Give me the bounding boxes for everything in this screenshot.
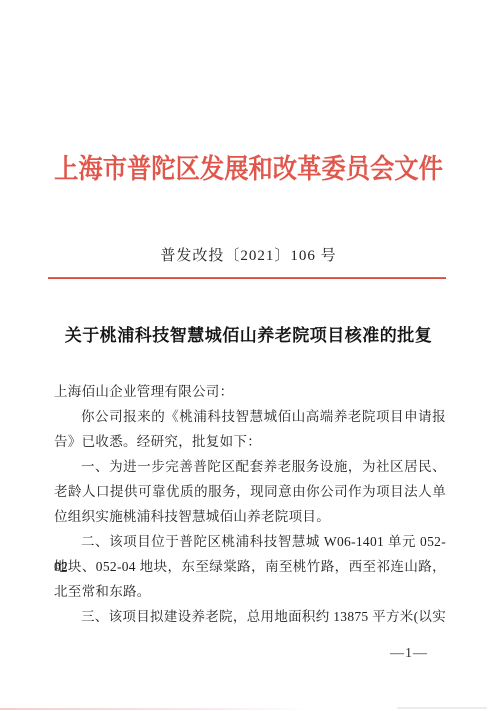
body-line-item-one: 一、为进一步完善普陀区配套养老服务设施，为社区居民、 bbox=[54, 454, 446, 479]
page-number: —1— bbox=[390, 646, 428, 662]
body-line: 地块、052-04 地块，东至绿棠路，南至桃竹路，西至祁连山路， bbox=[54, 554, 446, 579]
red-divider-rule bbox=[48, 277, 446, 279]
official-document-page: 上海市普陀区发展和改革委员会文件 普发改投〔2021〕106 号 关于桃浦科技智… bbox=[0, 0, 497, 711]
body-line: 你公司报来的《桃浦科技智慧城佰山高端养老院项目申请报 bbox=[54, 404, 446, 429]
document-number: 普发改投〔2021〕106 号 bbox=[0, 246, 497, 266]
body-line: 告》已收悉。经研究，批复如下： bbox=[54, 429, 446, 454]
body-line: 老龄人口提供可靠优质的服务，现同意由你公司作为项目法人单 bbox=[54, 479, 446, 504]
body-line-item-two: 二、该项目位于普陀区桃浦科技智慧城 W06-1401 单元 052-02 bbox=[54, 529, 446, 554]
body-line: 位组织实施桃浦科技智慧城佰山养老院项目。 bbox=[54, 504, 446, 529]
document-header-title: 上海市普陀区发展和改革委员会文件 bbox=[25, 149, 472, 189]
document-subject-title: 关于桃浦科技智慧城佰山养老院项目核准的批复 bbox=[0, 321, 497, 346]
body-line: 北至常和东路。 bbox=[54, 579, 446, 604]
recipient-line: 上海佰山企业管理有限公司： bbox=[54, 379, 446, 404]
body-line-item-three: 三、该项目拟建设养老院，总用地面积约 13875 平方米(以实 bbox=[54, 604, 446, 629]
scan-edge-artifact bbox=[0, 708, 308, 710]
document-body: 上海佰山企业管理有限公司： 你公司报来的《桃浦科技智慧城佰山高端养老院项目申请报… bbox=[54, 379, 446, 629]
scan-edge-artifact bbox=[397, 707, 487, 709]
